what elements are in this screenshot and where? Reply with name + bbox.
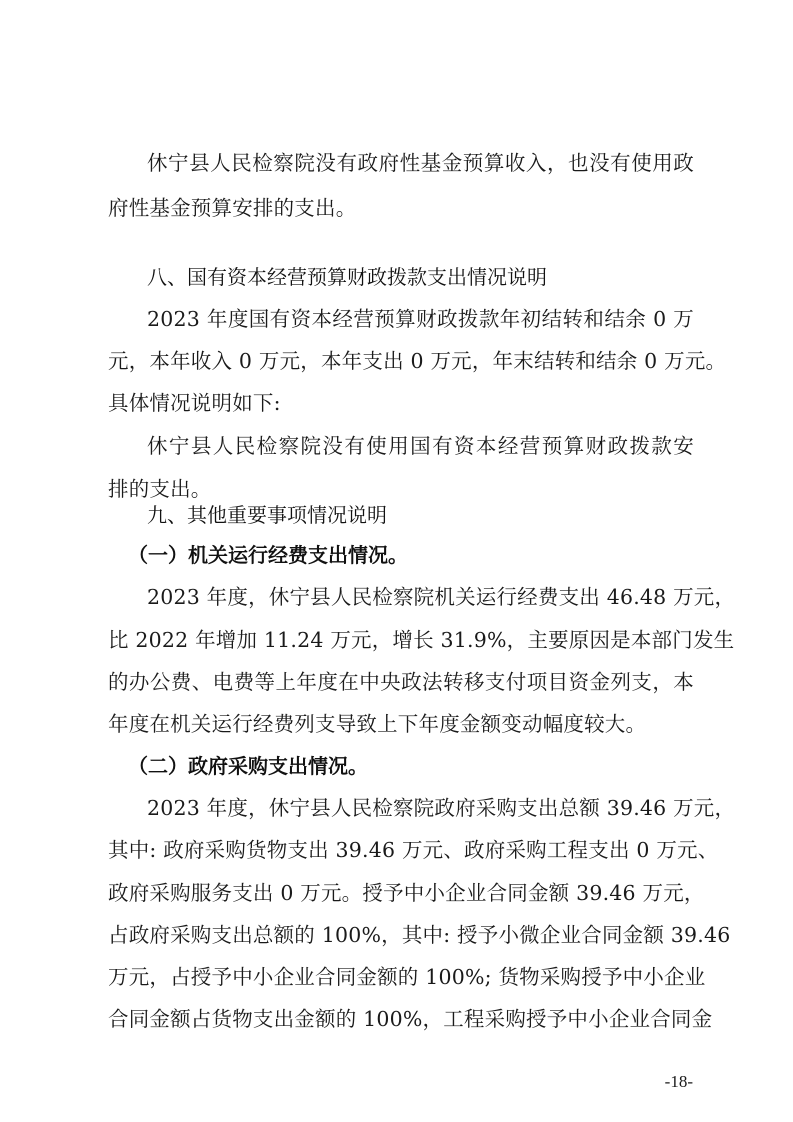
paragraph-line: 占政府采购支出总额的 100%，其中: 授予小微企业合同金额 39.46 <box>108 922 694 948</box>
paragraph-line: 2023 年度，休宁县人民检察院政府采购支出总额 39.46 万元， <box>147 795 694 821</box>
paragraph-line: 政府采购服务支出 0 万元。授予中小企业合同金额 39.46 万元， <box>108 880 694 906</box>
document-page: 休宁县人民检察院没有政府性基金预算收入，也没有使用政 府性基金预算安排的支出。 … <box>0 0 793 1122</box>
paragraph-line: 合同金额占货物支出金额的 100%，工程采购授予中小企业合同金 <box>108 1006 694 1032</box>
section-heading-9: 九、其他重要事项情况说明 <box>147 502 387 528</box>
paragraph-line: 年度在机关运行经费列支导致上下年度金额变动幅度较大。 <box>108 711 694 737</box>
paragraph-line: 2023 年度，休宁县人民检察院机关运行经费支出 46.48 万元， <box>147 584 694 610</box>
paragraph-line: 府性基金预算安排的支出。 <box>108 195 694 221</box>
page-number: -18- <box>665 1071 693 1093</box>
paragraph-line: 休宁县人民检察院没有政府性基金预算收入，也没有使用政 <box>147 150 694 176</box>
paragraph-line: 其中: 政府采购货物支出 39.46 万元、政府采购工程支出 0 万元、 <box>108 837 694 863</box>
subsection-heading-1: （一）机关运行经费支出情况。 <box>128 542 408 568</box>
paragraph-line: 休宁县人民检察院没有使用国有资本经营预算财政拨款安 <box>147 433 694 459</box>
paragraph-line: 具体情况说明如下: <box>108 390 694 416</box>
paragraph-line: 万元，占授予中小企业合同金额的 100%; 货物采购授予中小企业 <box>108 964 694 990</box>
subsection-heading-2: （二）政府采购支出情况。 <box>128 753 368 779</box>
paragraph-line: 排的支出。 <box>108 476 694 502</box>
paragraph-line: 的办公费、电费等上年度在中央政法转移支付项目资金列支，本 <box>108 669 694 695</box>
section-heading-8: 八、国有资本经营预算财政拨款支出情况说明 <box>147 264 547 290</box>
paragraph-line: 比 2022 年增加 11.24 万元，增长 31.9%，主要原因是本部门发生 <box>108 627 694 653</box>
paragraph-line: 元，本年收入 0 万元，本年支出 0 万元，年末结转和结余 0 万元。 <box>108 348 694 374</box>
paragraph-line: 2023 年度国有资本经营预算财政拨款年初结转和结余 0 万 <box>147 306 694 332</box>
